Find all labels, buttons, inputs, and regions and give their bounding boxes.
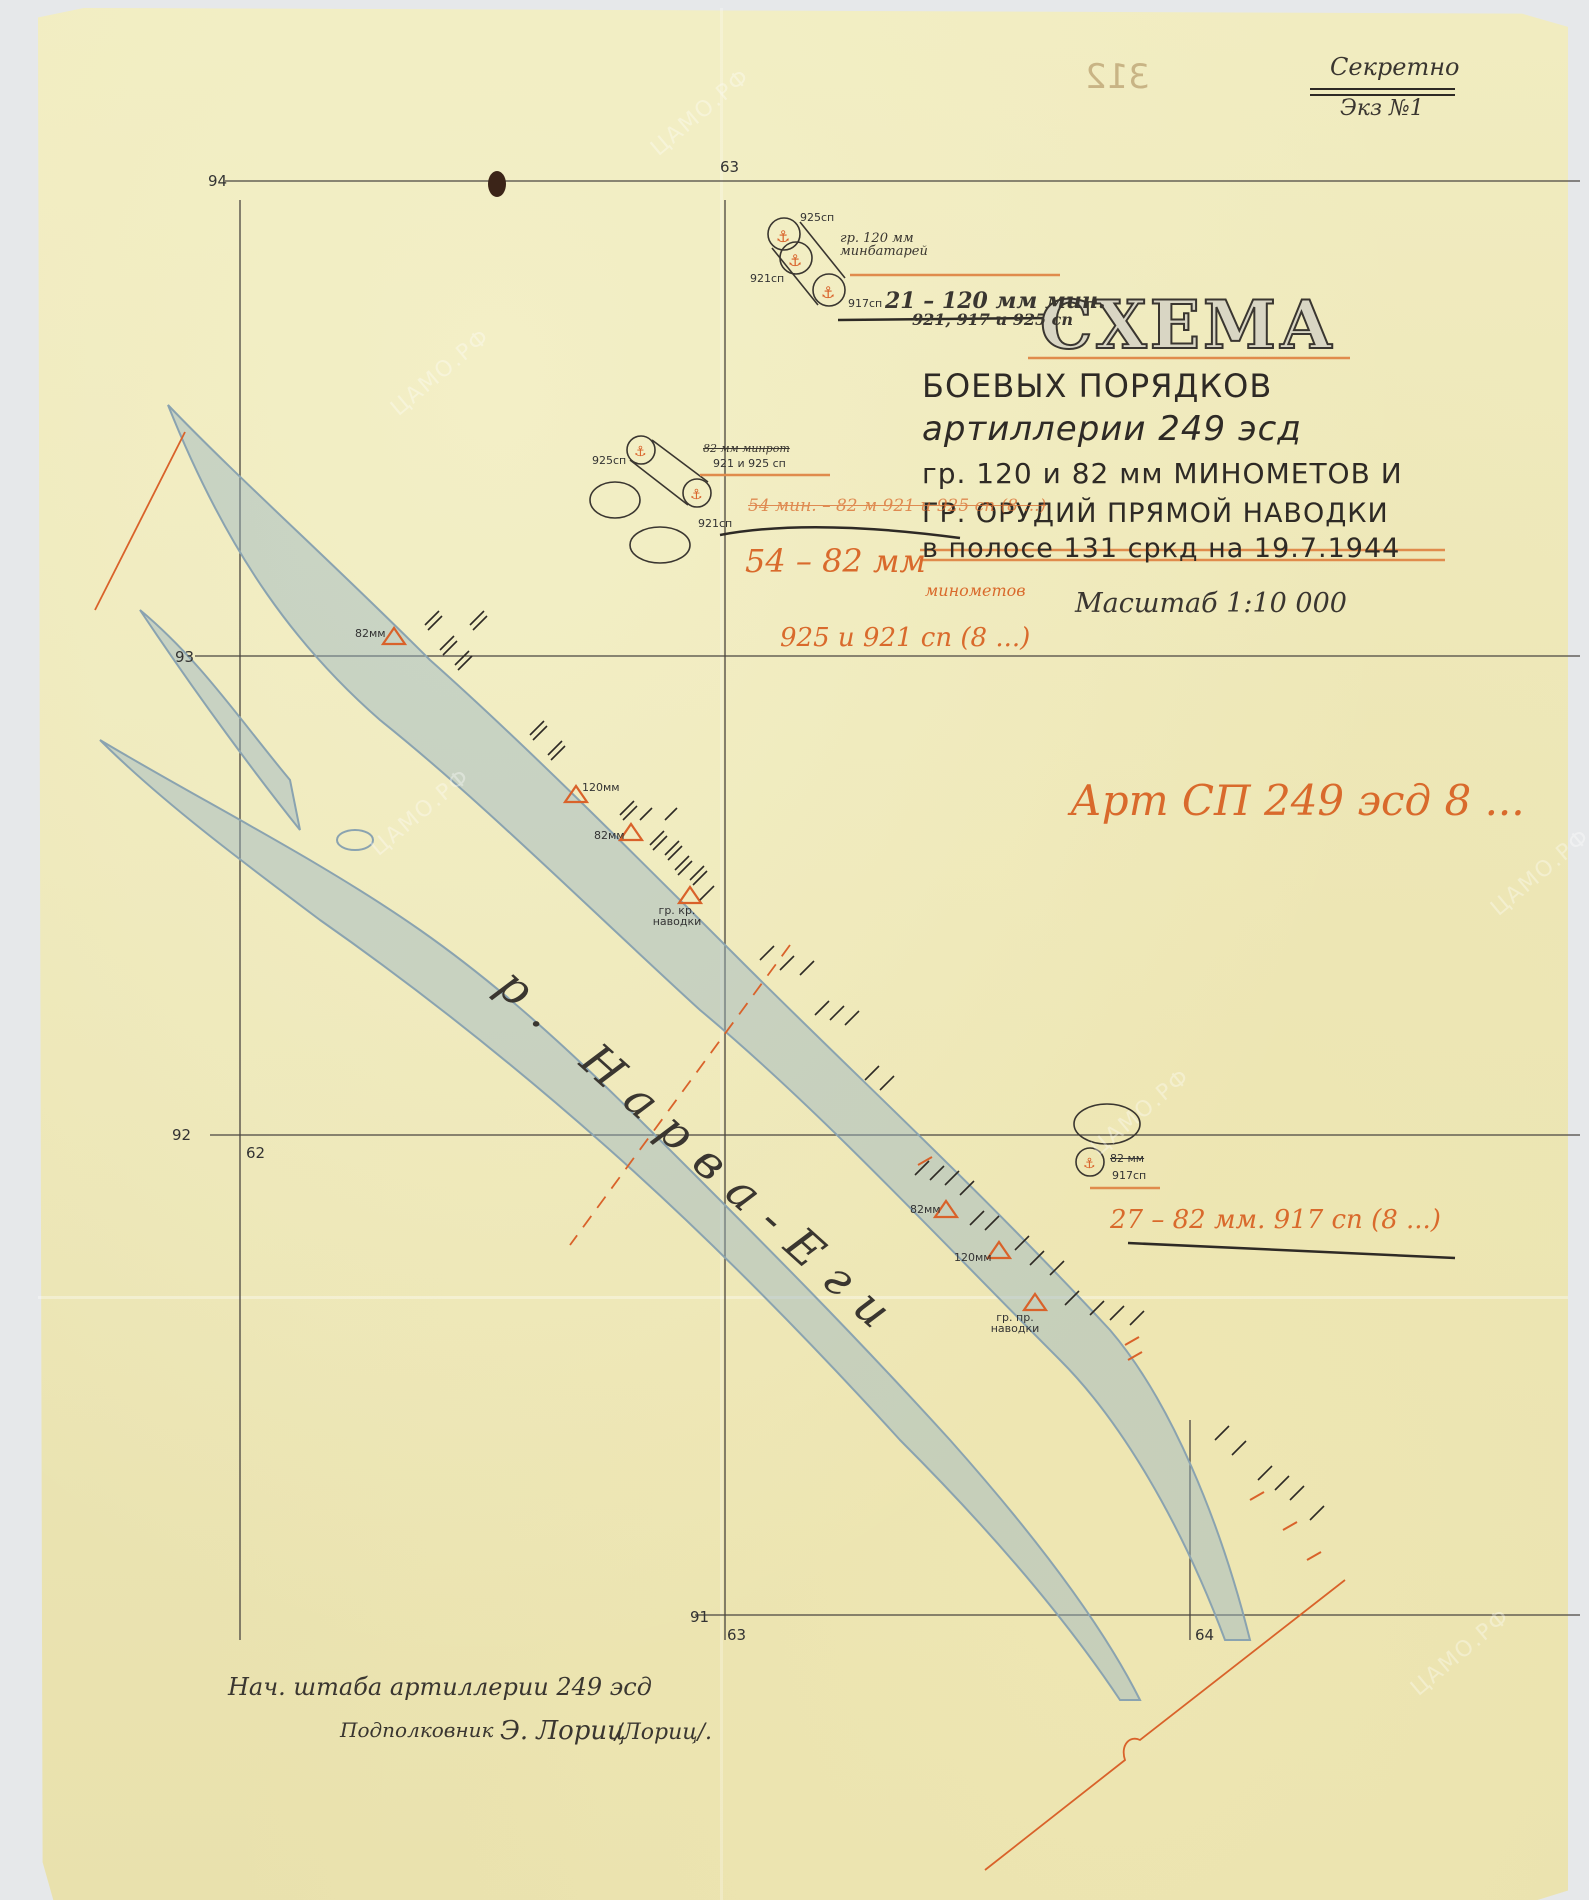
point-label: 82мм xyxy=(355,628,386,639)
grid-label-y: 92 xyxy=(172,1128,191,1143)
ink-blot xyxy=(488,171,506,197)
point-label: 120мм xyxy=(954,1252,992,1263)
struck-note: 54 мин. – 82 м 921 и 925 сп (8 ...) xyxy=(748,498,1046,515)
svg-text:⚓: ⚓ xyxy=(821,283,835,302)
svg-text:⚓: ⚓ xyxy=(634,444,647,460)
point-label: 82мм xyxy=(910,1204,941,1215)
signature-rank: Подполковник xyxy=(340,1720,493,1740)
title-line-2: артиллерии 249 эсд xyxy=(922,412,1302,446)
unit-label: 921сп xyxy=(698,518,732,529)
title-line-3: гр. 120 и 82 мм МИНОМЕТОВ И xyxy=(922,460,1403,488)
unit-label: 917сп xyxy=(848,298,882,309)
grid-label-y: 91 xyxy=(690,1610,709,1625)
grid-label-x: 62 xyxy=(246,1146,265,1161)
summary-label: минометов xyxy=(925,583,1026,599)
summary-label: 21 – 120 мм мин. xyxy=(885,290,1106,312)
classification-stamp: Секретно xyxy=(1330,55,1459,79)
grid-label-x: 63 xyxy=(720,160,739,175)
signature-name: /Лориц/. xyxy=(615,1722,712,1744)
summary-label: 925 и 921 сп (8 ...) xyxy=(780,625,1030,651)
point-label: 82мм xyxy=(594,830,625,841)
svg-text:⚓: ⚓ xyxy=(1083,1156,1096,1172)
grid-label-x: 64 xyxy=(1195,1628,1214,1643)
art-sp-note: Арт СП 249 эсд 8 ... xyxy=(1070,780,1525,822)
map-drawing: ⚓ ⚓ ⚓ ⚓ ⚓ ⚓ xyxy=(0,0,1589,1900)
grid-label-y: 94 xyxy=(208,174,227,189)
svg-text:⚓: ⚓ xyxy=(690,487,703,503)
svg-text:⚓: ⚓ xyxy=(788,251,802,270)
point-label: 120мм xyxy=(582,782,620,793)
copy-number: Экз №1 xyxy=(1340,98,1424,120)
struck-label: 82 мм xyxy=(1110,1153,1144,1164)
grid-label-x: 63 xyxy=(727,1628,746,1643)
signature: Э. Лориц xyxy=(500,1718,625,1744)
title-line-1: БОЕВЫХ ПОРЯДКОВ xyxy=(922,370,1272,402)
map-scale: Масштаб 1:10 000 xyxy=(1075,590,1347,617)
group-label: гр. 120 мм минбатарей xyxy=(840,232,940,258)
summary-units: 921, 917 и 925 сп xyxy=(912,312,1073,328)
summary-label: 27 – 82 мм. 917 сп (8 ...) xyxy=(1110,1207,1441,1233)
summary-label: 54 – 82 мм xyxy=(745,545,926,577)
point-label: гр. кр. наводки xyxy=(642,905,712,927)
point-label: гр. пр. наводки xyxy=(985,1312,1045,1334)
title-line-5: в полосе 131 сркд на 19.7.1944 xyxy=(922,535,1400,562)
svg-text:⚓: ⚓ xyxy=(776,227,790,246)
bleed-through-mark: 312 xyxy=(1085,60,1150,94)
unit-label: 917сп xyxy=(1112,1170,1146,1181)
signature-line-1: Нач. штаба артиллерии 249 эсд xyxy=(228,1675,652,1699)
unit-label: 925сп xyxy=(800,212,834,223)
unit-label: 921сп xyxy=(750,273,784,284)
unit-label: 925сп xyxy=(592,455,626,466)
group-units: 921 и 925 сп xyxy=(713,458,786,469)
struck-label: 82 мм минрот xyxy=(703,443,790,454)
grid-label-y: 93 xyxy=(175,650,194,665)
